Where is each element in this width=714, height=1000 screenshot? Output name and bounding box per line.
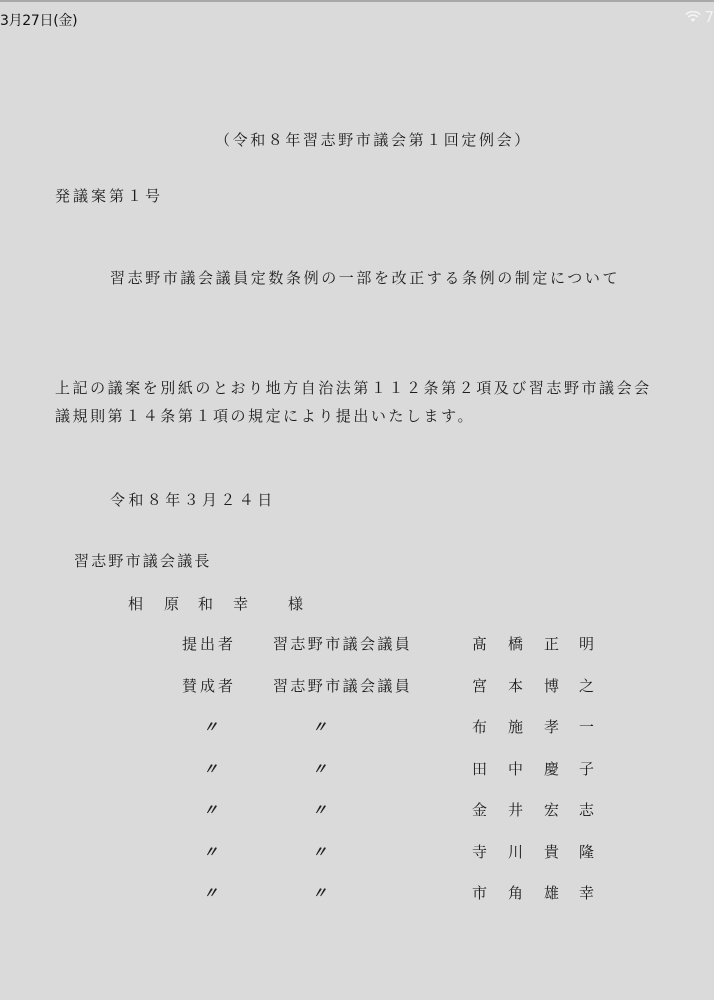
member-name-char: 一 [579, 716, 594, 737]
member-row: 賛成者 習志野市議会議員 宮 本 博 之 [0, 675, 714, 697]
session-heading: （令和８年習志野市議会第１回定例会） [215, 129, 532, 150]
member-name-char: 子 [579, 758, 594, 779]
ditto-mark: 〃 [203, 882, 218, 903]
document: （令和８年習志野市議会第１回定例会） 発議案第１号 習志野市議会議員定数条例の一… [0, 0, 714, 1000]
addressee-name-char: 和 [198, 593, 213, 614]
bill-subject: 習志野市議会議員定数条例の一部を改正する条例の制定について [110, 267, 620, 288]
member-role: 提出者 [182, 633, 236, 654]
ditto-mark: 〃 [203, 841, 218, 862]
member-row: 〃 〃 市 角 雄 幸 [0, 882, 714, 904]
member-name-char: 孝 [544, 716, 559, 737]
member-name-char: 中 [508, 758, 523, 779]
member-name-char: 布 [472, 716, 487, 737]
member-name-char: 髙 [472, 633, 487, 654]
member-name-char: 宏 [544, 799, 559, 820]
member-name-char: 市 [472, 882, 487, 903]
addressee-name-char: 原 [164, 593, 179, 614]
submission-date: 令和８年３月２４日 [110, 489, 276, 510]
member-name-char: 角 [508, 882, 523, 903]
body-text-line-2: 議規則第１４条第１項の規定により提出いたします。 [55, 405, 475, 426]
addressee-name-char: 幸 [233, 593, 248, 614]
member-name-char: 之 [579, 675, 594, 696]
member-row: 提出者 習志野市議会議員 髙 橋 正 明 [0, 633, 714, 655]
ditto-mark: 〃 [312, 799, 327, 820]
addressee-name-char: 相 [128, 593, 143, 614]
member-affiliation: 習志野市議会議員 [273, 675, 412, 696]
member-name-char: 金 [472, 799, 487, 820]
member-affiliation: 習志野市議会議員 [273, 633, 412, 654]
member-row: 〃 〃 寺 川 貴 隆 [0, 841, 714, 863]
member-name-char: 田 [472, 758, 487, 779]
member-role: 賛成者 [182, 675, 236, 696]
addressee-honorific: 様 [288, 593, 303, 614]
member-name-char: 慶 [544, 758, 559, 779]
member-name-char: 井 [508, 799, 523, 820]
ditto-mark: 〃 [203, 799, 218, 820]
ditto-mark: 〃 [312, 716, 327, 737]
member-name-char: 宮 [472, 675, 487, 696]
member-name-char: 博 [544, 675, 559, 696]
member-name-char: 橋 [508, 633, 523, 654]
member-row: 〃 〃 金 井 宏 志 [0, 799, 714, 821]
member-name-char: 幸 [579, 882, 594, 903]
member-name-char: 正 [544, 633, 559, 654]
ditto-mark: 〃 [203, 716, 218, 737]
member-name-char: 施 [508, 716, 523, 737]
member-name-char: 寺 [472, 841, 487, 862]
body-text-line-1: 上記の議案を別紙のとおり地方自治法第１１２条第２項及び習志野市議会会 [55, 377, 652, 398]
member-name-char: 隆 [579, 841, 594, 862]
member-name-char: 貴 [544, 841, 559, 862]
member-name-char: 川 [508, 841, 523, 862]
member-name-char: 雄 [544, 882, 559, 903]
member-row: 〃 〃 布 施 孝 一 [0, 716, 714, 738]
ditto-mark: 〃 [312, 841, 327, 862]
member-row: 〃 〃 田 中 慶 子 [0, 758, 714, 780]
ditto-mark: 〃 [312, 882, 327, 903]
member-name-char: 本 [508, 675, 523, 696]
ditto-mark: 〃 [312, 758, 327, 779]
bill-number: 発議案第１号 [55, 185, 163, 206]
member-name-char: 明 [579, 633, 594, 654]
ditto-mark: 〃 [203, 758, 218, 779]
member-name-char: 志 [579, 799, 594, 820]
addressee-title: 習志野市議会議長 [74, 550, 212, 571]
